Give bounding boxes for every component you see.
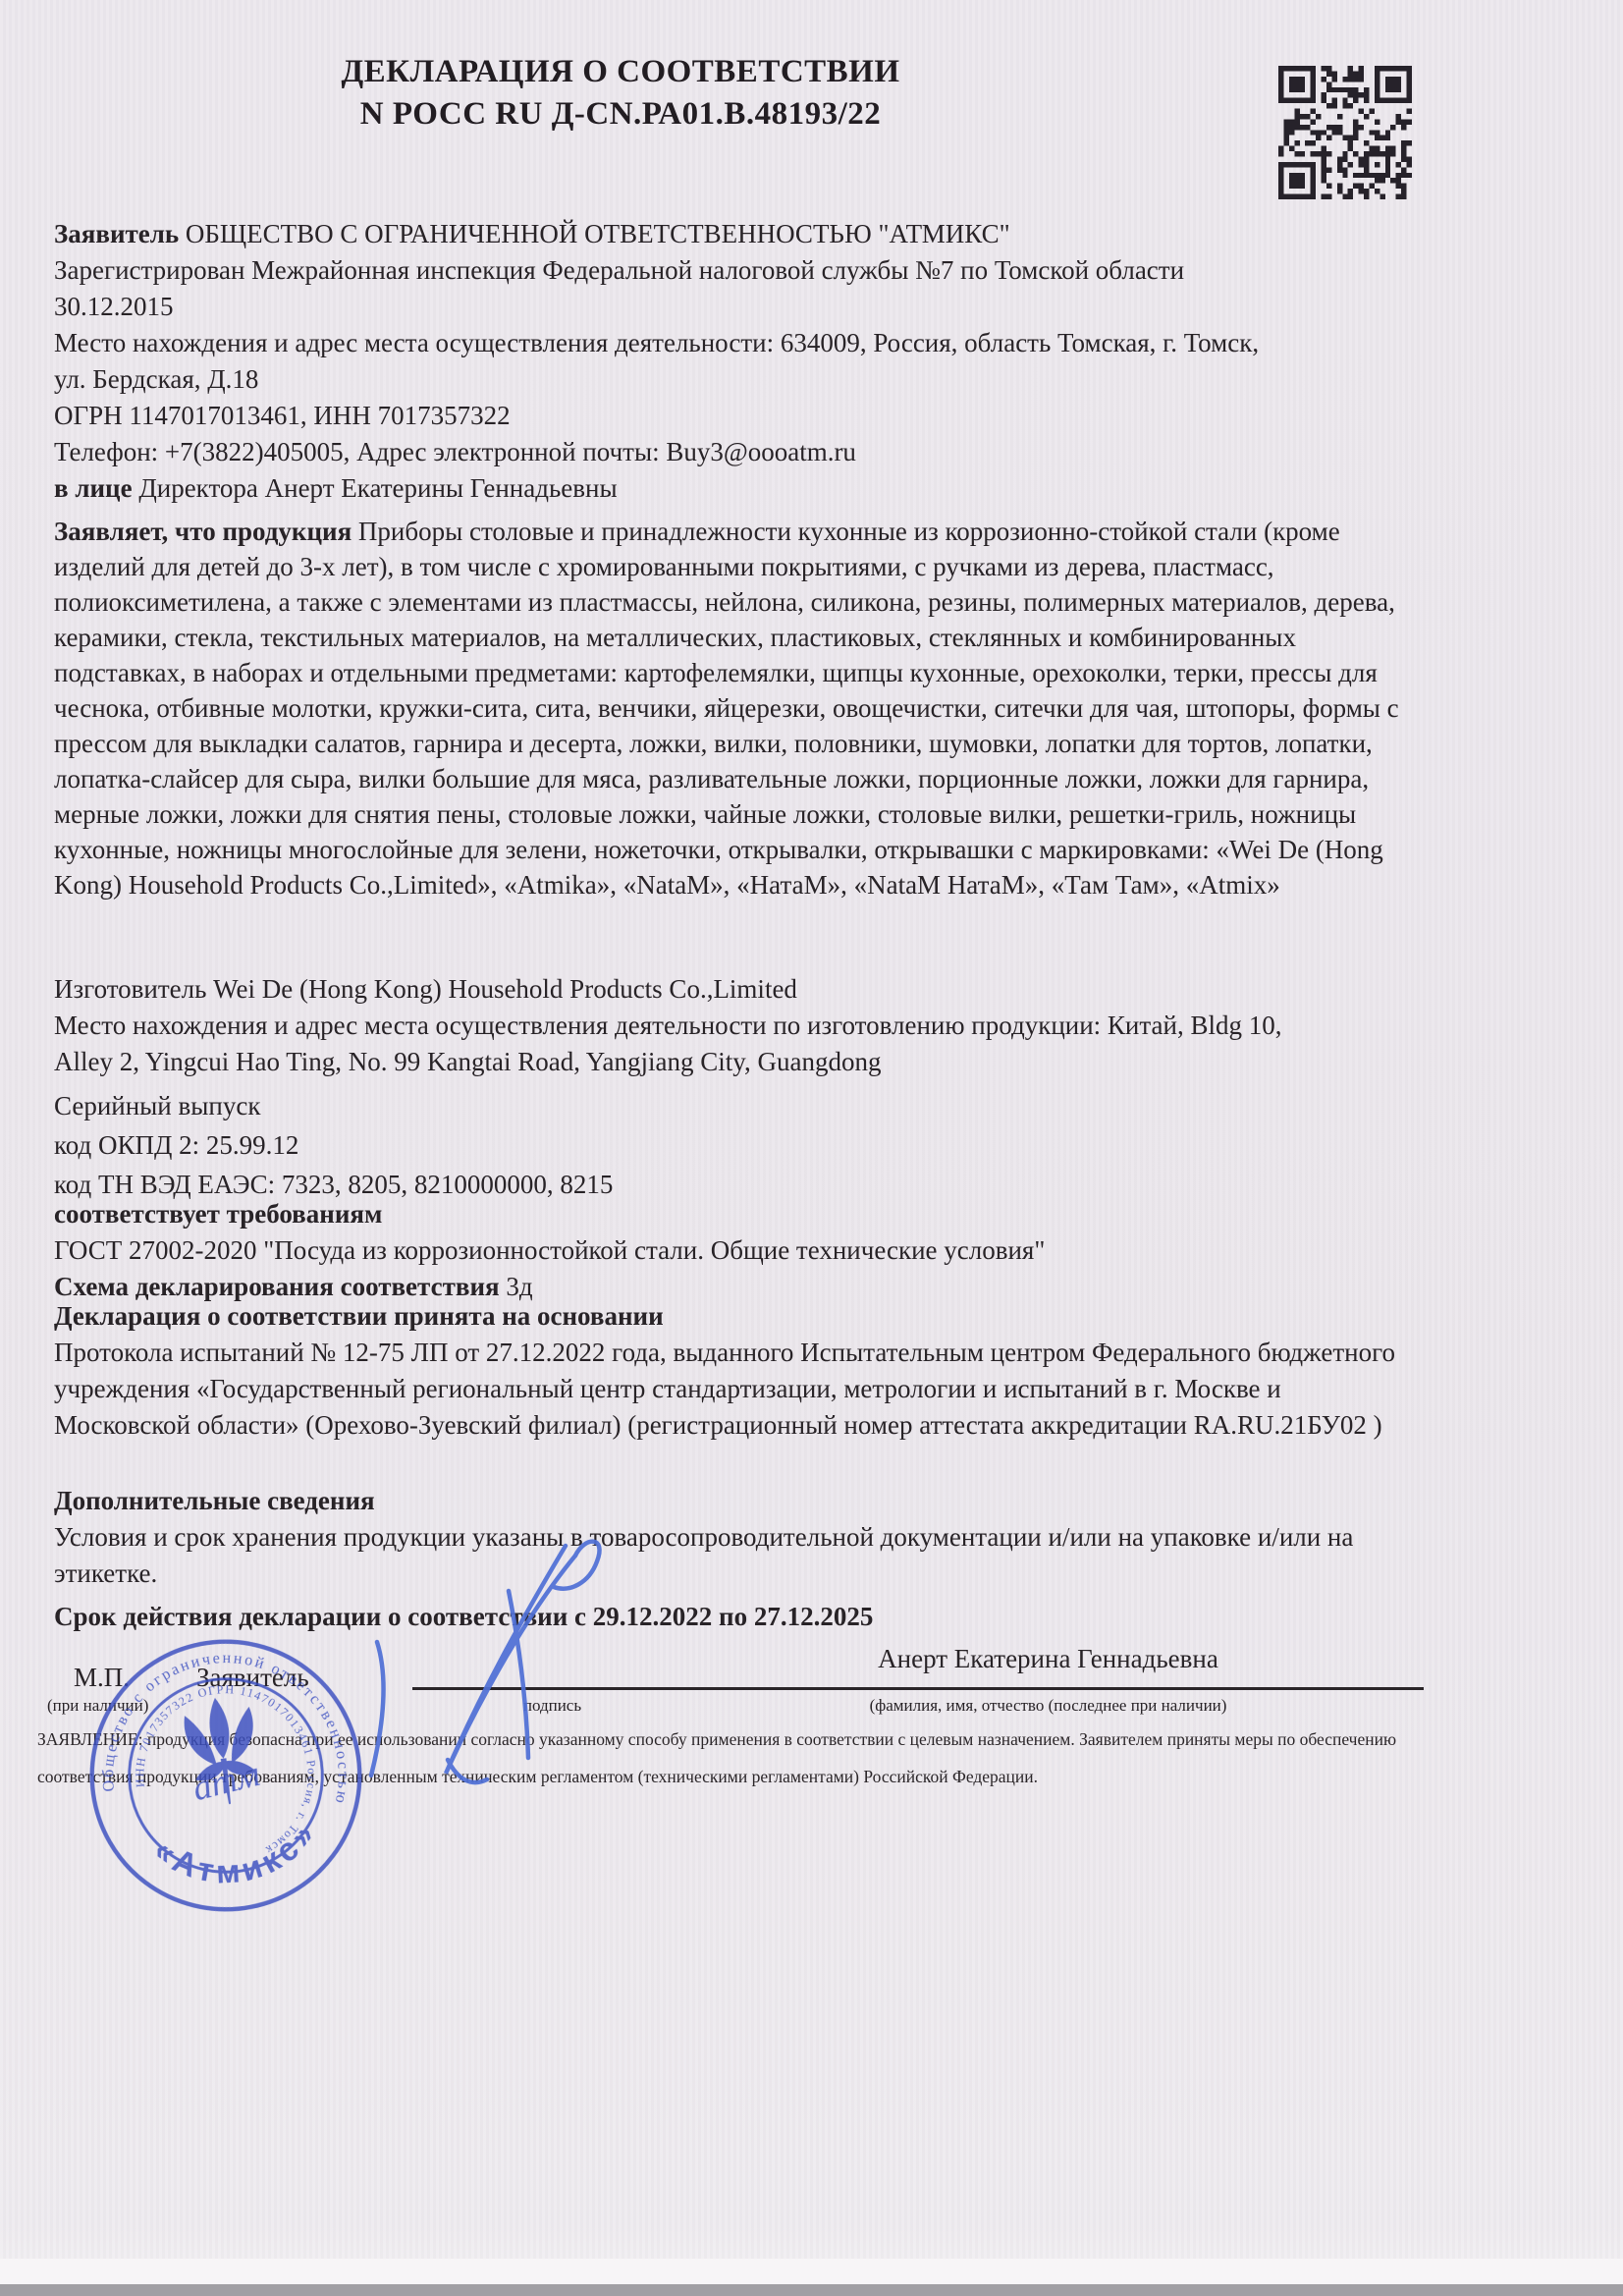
applicant-name: ОБЩЕСТВО С ОГРАНИЧЕННОЙ ОТВЕТСТВЕННОСТЬЮ… <box>186 219 1010 248</box>
compliance-label: соответствует требованиям <box>54 1196 1424 1232</box>
applicant-details: Зарегистрирован Межрайонная инспекция Фе… <box>54 252 1424 470</box>
applicant-person-line: в лице Директора Анерт Екатерины Геннадь… <box>54 470 1424 507</box>
declares-label: Заявляет, что продукция <box>54 517 352 546</box>
in-person-text: Директора Анерт Екатерины Геннадьевны <box>138 473 617 503</box>
additional-label: Дополнительные сведения <box>54 1483 1424 1519</box>
product-declaration-section: Заявляет, что продукция Приборы столовые… <box>54 514 1424 902</box>
additional-text: Условия и срок хранения продукции указан… <box>54 1519 1424 1592</box>
handwritten-signature <box>361 1532 656 1797</box>
stamp-tulip-logo: атм <box>179 1693 264 1809</box>
gost-reference: ГОСТ 27002-2020 "Посуда из коррозионност… <box>54 1232 1424 1269</box>
applicant-label: Заявитель <box>54 219 179 248</box>
qr-code <box>1278 65 1412 200</box>
product-description: Приборы столовые и принадлежности кухонн… <box>54 517 1399 900</box>
compliance-section: соответствует требованиям ГОСТ 27002-202… <box>54 1196 1424 1305</box>
document-title: ДЕКЛАРАЦИЯ О СООТВЕТСТВИИ N РОСС RU Д-CN… <box>0 51 1241 136</box>
document-title-line1: ДЕКЛАРАЦИЯ О СООТВЕТСТВИИ <box>0 51 1241 93</box>
applicant-section: Заявитель ОБЩЕСТВО С ОГРАНИЧЕННОЙ ОТВЕТС… <box>54 216 1424 507</box>
applicant-line: Заявитель ОБЩЕСТВО С ОГРАНИЧЕННОЙ ОТВЕТС… <box>54 216 1424 252</box>
stamp-script-text: атм <box>189 1753 264 1808</box>
scheme-value: 3д <box>506 1272 532 1301</box>
name-line <box>673 1660 1424 1690</box>
manufacturer-section: Изготовитель Wei De (Hong Kong) Househol… <box>54 971 1424 1080</box>
basis-text: Протокола испытаний № 12-75 ЛП от 27.12.… <box>54 1335 1424 1444</box>
name-caption: (фамилия, имя, отчество (последнее при н… <box>673 1696 1424 1716</box>
production-codes-section: Серийный выпуск код ОКПД 2: 25.99.12 код… <box>54 1086 1424 1204</box>
company-stamp: Общество с ограниченной ответственностью… <box>64 1613 388 1938</box>
scheme-label: Схема декларирования соответствия <box>54 1272 500 1301</box>
additional-info-section: Дополнительные сведения Условия и срок х… <box>54 1483 1424 1592</box>
stamp-company-name: «Атмикс» <box>143 1810 331 1902</box>
scan-edge-gray-band <box>0 2284 1623 2296</box>
in-person-label: в лице <box>54 473 133 503</box>
document-number: N РОСС RU Д-CN.РА01.В.48193/22 <box>0 93 1241 136</box>
scan-edge-light-band <box>0 2259 1623 2284</box>
svg-text:«Атмикс»: «Атмикс» <box>143 1810 331 1902</box>
basis-section: Декларация о соответствии принята на осн… <box>54 1298 1424 1444</box>
basis-label: Декларация о соответствии принята на осн… <box>54 1298 1424 1335</box>
